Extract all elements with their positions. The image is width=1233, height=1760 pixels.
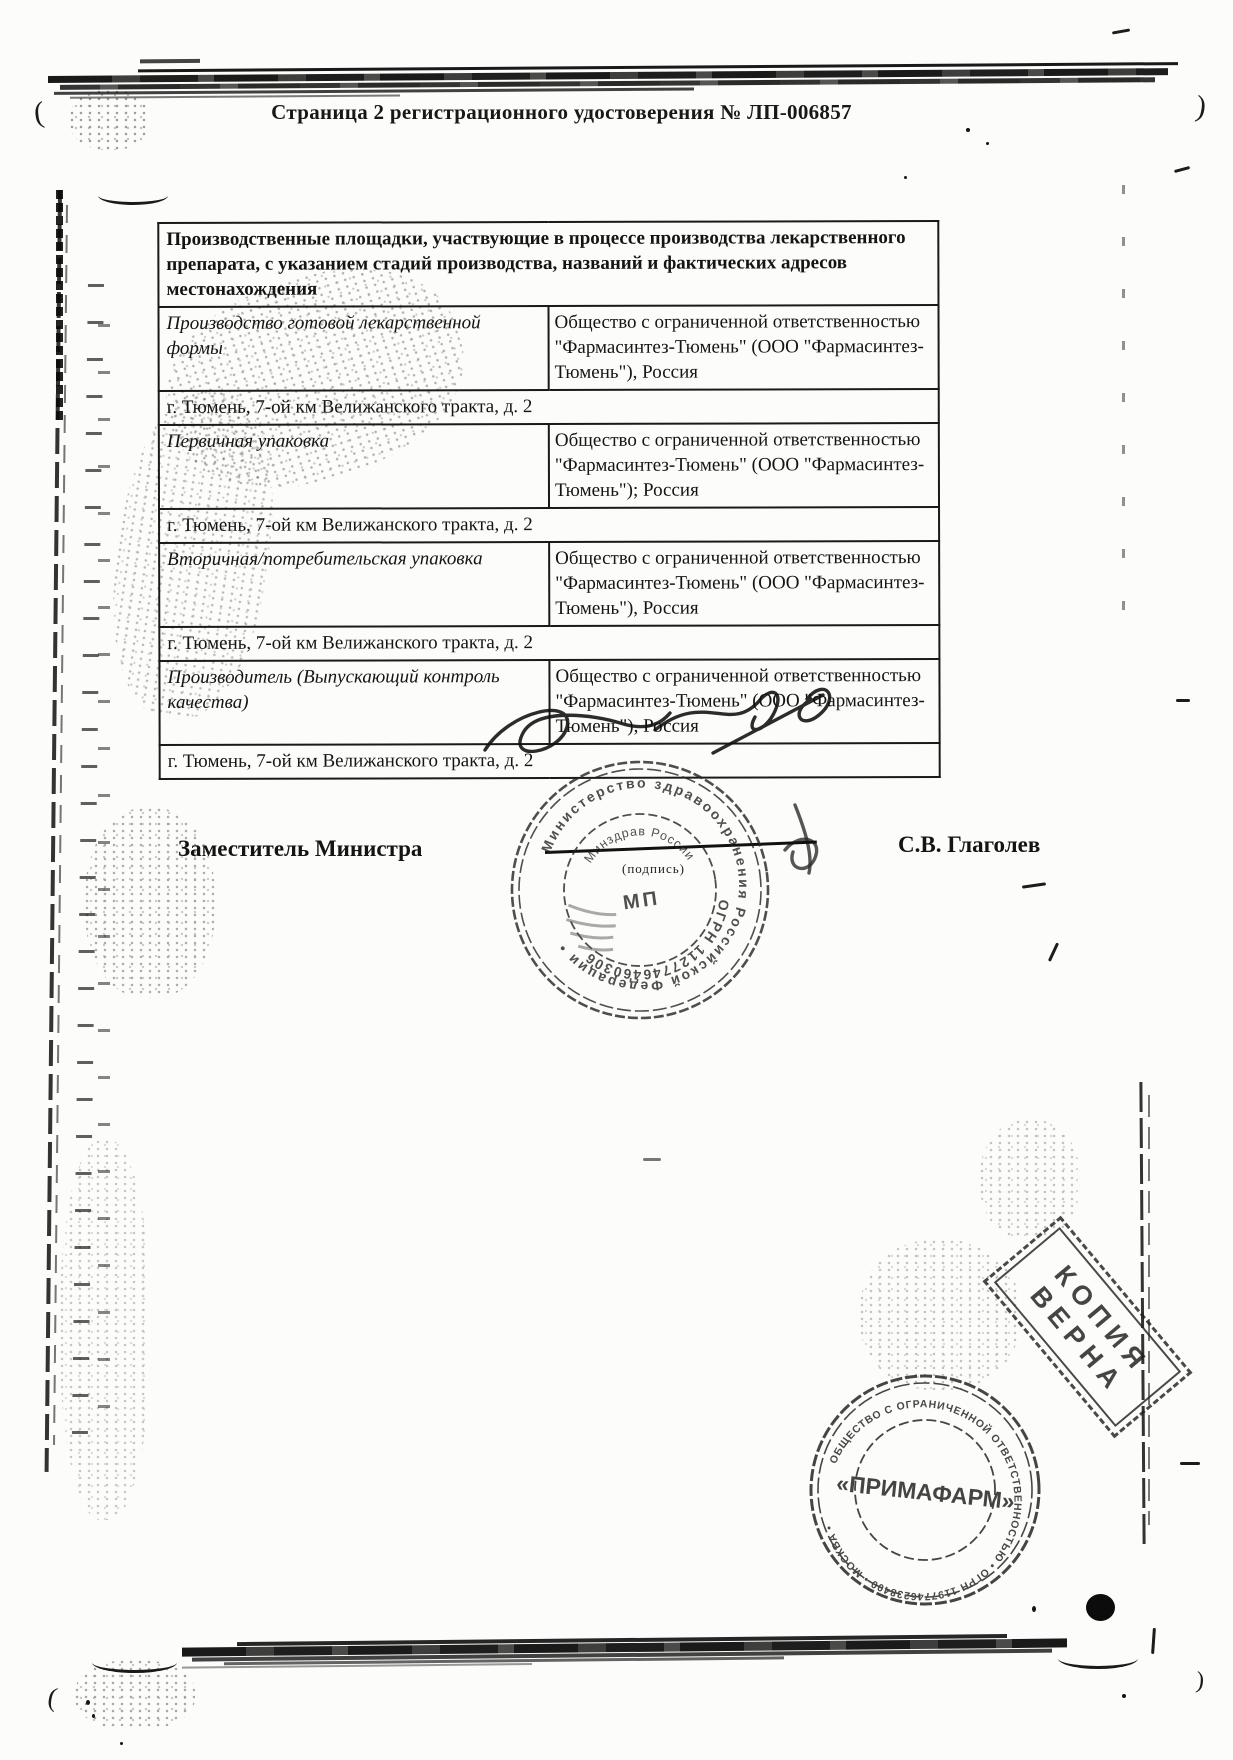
scan-artifact-left-line-dense — [56, 190, 63, 420]
primafarm-round-stamp: ОБЩЕСТВО С ОГРАНИЧЕННОЙ ОТВЕТСТВЕННОСТЬЮ… — [797, 1362, 1053, 1618]
scan-speck — [904, 176, 907, 179]
scanned-certificate-page: Страница 2 регистрационного удостоверени… — [0, 0, 1233, 1760]
scan-speck — [1151, 1628, 1156, 1654]
scan-smudge — [85, 808, 215, 998]
scan-speck — [120, 1742, 123, 1745]
scan-speck — [986, 142, 989, 145]
scan-mark-curve — [92, 1652, 177, 1673]
company-cell: Общество с ограниченной ответственностью… — [548, 305, 938, 390]
scan-artifact-black-dot — [1086, 1594, 1115, 1621]
scan-smudge — [60, 1140, 150, 1520]
scan-mark-paren-left-bottom: ( — [45, 1681, 59, 1713]
company-cell: Общество с ограниченной ответственностью… — [549, 423, 939, 508]
scan-speck — [1112, 28, 1130, 34]
address-cell: г. Тюмень, 7-ой км Велижанского тракта, … — [159, 507, 939, 543]
signature-caption: (подпись) — [622, 861, 685, 877]
scan-speck — [1180, 1462, 1200, 1465]
scan-speck — [1122, 1694, 1126, 1698]
scan-mark-paren-right-bottom: ) — [1195, 1668, 1206, 1696]
scan-speck — [643, 1158, 661, 1161]
scan-speck — [966, 128, 970, 132]
ministry-mp-text: МП — [622, 887, 662, 914]
signer-name: С.В. Глаголев — [898, 832, 1040, 858]
scan-speck — [1176, 699, 1190, 702]
scan-mark-curve — [1058, 1648, 1138, 1669]
scan-speck — [1174, 166, 1190, 173]
scan-speck — [92, 1714, 95, 1718]
page-title: Страница 2 регистрационного удостоверени… — [0, 100, 1233, 125]
handwritten-signature — [455, 655, 885, 885]
scan-speck — [1048, 942, 1059, 961]
scan-speck — [86, 1700, 90, 1705]
scan-smudge — [70, 90, 150, 150]
table-row: Вторичная/потребительская упаковка Общес… — [159, 541, 939, 627]
scan-speck — [1032, 1606, 1036, 1612]
scan-mark-curve — [98, 186, 168, 205]
signer-title: Заместитель Министра — [178, 836, 422, 862]
scan-artifact-right-ticks — [1122, 185, 1125, 645]
scan-artifact-bottom-band — [182, 1633, 1077, 1672]
primafarm-center-text: «ПРИМАФАРМ» — [835, 1470, 1016, 1515]
scan-speck — [1022, 882, 1046, 888]
scan-artifact-right-line-2 — [1148, 1095, 1150, 1525]
table-row: г. Тюмень, 7-ой км Велижанского тракта, … — [159, 507, 939, 543]
company-cell: Общество с ограниченной ответственностью… — [549, 541, 939, 626]
